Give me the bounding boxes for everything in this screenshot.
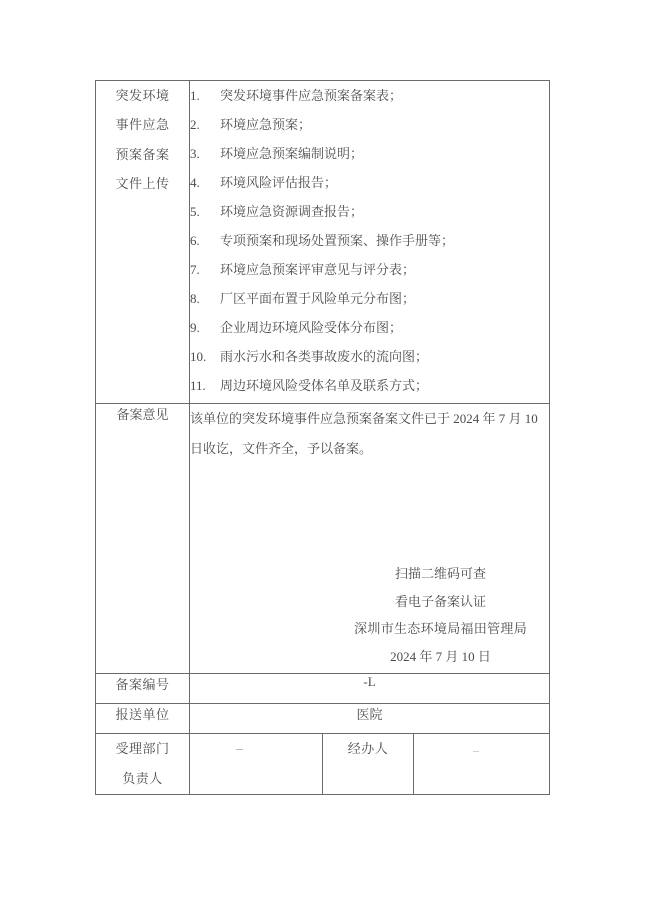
- list-item-text: 厂区平面布置于风险单元分布图；: [220, 291, 415, 306]
- upload-files-label-cell: 突发环境 事件应急 预案备案 文件上传: [96, 81, 190, 404]
- upload-label-line: 预案备案: [96, 140, 189, 169]
- handler-label: 经办人: [323, 734, 413, 764]
- upload-label-line: 文件上传: [96, 169, 189, 198]
- submit-unit-label: 报送单位: [115, 707, 169, 722]
- list-item-number: 3.: [190, 139, 220, 168]
- opinion-body-line: 日收讫，文件齐全，予以备案。: [190, 434, 549, 464]
- filing-opinion-label-cell: 备案意见: [96, 404, 190, 674]
- record-number-value: -L: [363, 674, 375, 689]
- upload-files-list-cell: 1.突发环境事件应急预案备案表； 2.环境应急预案； 3.环境应急预案编制说明；…: [190, 81, 550, 404]
- list-item-text: 周边环境风险受体名单及联系方式；: [220, 378, 428, 393]
- filing-date: 2024 年 7 月 10 日: [354, 643, 527, 671]
- list-item: 1.突发环境事件应急预案备案表；: [190, 81, 549, 110]
- list-item-text: 环境应急预案编制说明；: [220, 146, 363, 161]
- dept-head-label-cell: 受理部门 负责人: [96, 734, 190, 795]
- list-item: 6.专项预案和现场处置预案、操作手册等；: [190, 226, 549, 255]
- submit-unit-row: 报送单位 医院: [96, 704, 550, 734]
- list-item: 2.环境应急预案；: [190, 110, 549, 139]
- list-item-number: 1.: [190, 81, 220, 110]
- authority-signature-block: 扫描二维码可查 看电子备案认证 深圳市生态环境局福田管理局 2024 年 7 月…: [354, 560, 527, 671]
- signoff-row: 受理部门 负责人 经办人: [96, 734, 550, 795]
- handler-label-cell: 经办人: [323, 734, 414, 795]
- list-item-number: 2.: [190, 110, 220, 139]
- opinion-body-line: 该单位的突发环境事件应急预案备案文件已于 2024 年 7 月 10: [190, 404, 549, 434]
- record-number-label-cell: 备案编号: [96, 674, 190, 704]
- list-item-text: 环境风险评估报告；: [220, 175, 337, 190]
- list-item: 8.厂区平面布置于风险单元分布图；: [190, 284, 549, 313]
- handler-signature-cell: [414, 734, 550, 795]
- record-number-label: 备案编号: [115, 677, 169, 692]
- dept-head-signature-cell: [190, 734, 323, 795]
- list-item-number: 8.: [190, 284, 220, 313]
- list-item-text: 环境应急预案评审意见与评分表；: [220, 262, 415, 277]
- scan-artifact-mark: [236, 749, 243, 750]
- list-item-text: 环境应急预案；: [220, 117, 311, 132]
- list-item-number: 7.: [190, 255, 220, 284]
- list-item: 5.环境应急资源调查报告；: [190, 197, 549, 226]
- record-number-value-cell: -L: [190, 674, 550, 704]
- filing-form-table: 突发环境 事件应急 预案备案 文件上传 1.突发环境事件应急预案备案表； 2.环…: [95, 80, 550, 795]
- list-item-number: 4.: [190, 168, 220, 197]
- upload-files-row: 突发环境 事件应急 预案备案 文件上传 1.突发环境事件应急预案备案表； 2.环…: [96, 81, 550, 404]
- record-number-row: 备案编号 -L: [96, 674, 550, 704]
- submit-unit-value-cell: 医院: [190, 704, 550, 734]
- list-item: 7.环境应急预案评审意见与评分表；: [190, 255, 549, 284]
- filing-opinion-row: 备案意见 该单位的突发环境事件应急预案备案文件已于 2024 年 7 月 10 …: [96, 404, 550, 674]
- qr-note-line: 扫描二维码可查: [354, 560, 527, 588]
- filing-opinion-content-cell: 该单位的突发环境事件应急预案备案文件已于 2024 年 7 月 10 日收讫，文…: [190, 404, 550, 674]
- list-item-text: 环境应急资源调查报告；: [220, 204, 363, 219]
- scan-artifact-mark: [473, 751, 479, 752]
- list-item-text: 企业周边环境风险受体分布图；: [220, 320, 402, 335]
- list-item: 3.环境应急预案编制说明；: [190, 139, 549, 168]
- list-item-text: 雨水污水和各类事故废水的流向图；: [220, 349, 428, 364]
- list-item-text: 专项预案和现场处置预案、操作手册等；: [220, 233, 454, 248]
- upload-label-line: 突发环境: [96, 81, 189, 110]
- dept-head-label-line: 负责人: [96, 764, 189, 794]
- qr-note-line: 看电子备案认证: [354, 588, 527, 616]
- submit-unit-label-cell: 报送单位: [96, 704, 190, 734]
- list-item: 10.雨水污水和各类事故废水的流向图；: [190, 342, 549, 371]
- dept-head-label-line: 受理部门: [96, 734, 189, 764]
- list-item-number: 10.: [190, 342, 220, 371]
- submit-unit-value: 医院: [356, 707, 382, 722]
- list-item-number: 11.: [190, 371, 220, 400]
- authority-name: 深圳市生态环境局福田管理局: [354, 615, 527, 643]
- list-item-number: 9.: [190, 313, 220, 342]
- list-item-text: 突发环境事件应急预案备案表；: [220, 88, 402, 103]
- list-item-number: 6.: [190, 226, 220, 255]
- list-item-number: 5.: [190, 197, 220, 226]
- list-item: 11.周边环境风险受体名单及联系方式；: [190, 371, 549, 400]
- filing-opinion-label: 备案意见: [116, 407, 168, 422]
- upload-label-line: 事件应急: [96, 110, 189, 139]
- list-item: 9.企业周边环境风险受体分布图；: [190, 313, 549, 342]
- list-item: 4.环境风险评估报告；: [190, 168, 549, 197]
